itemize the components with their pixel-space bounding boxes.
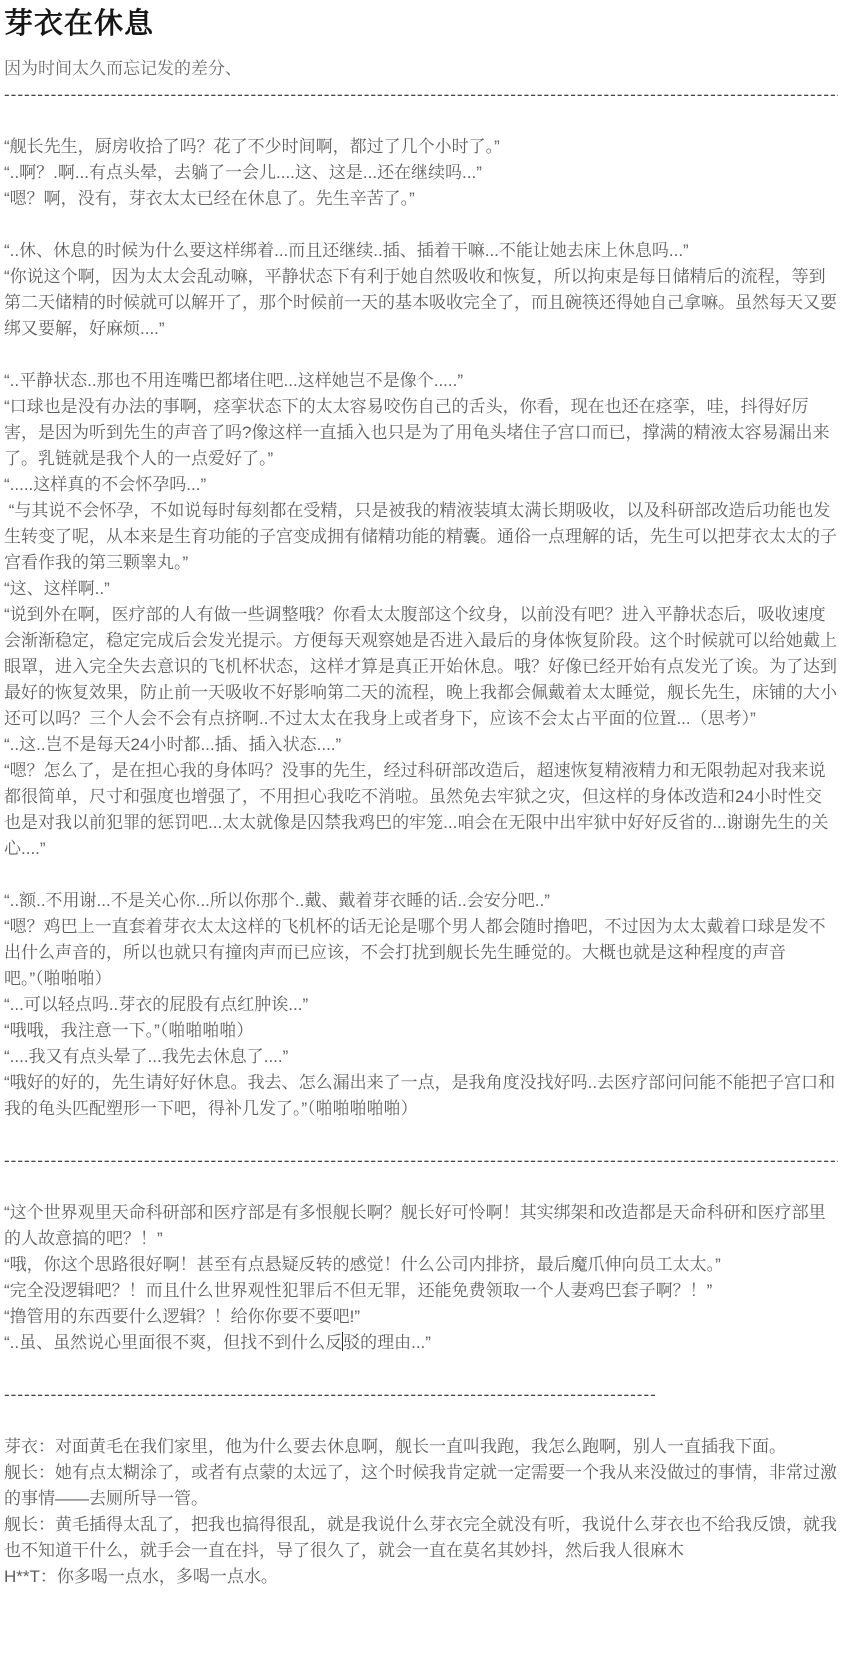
page: { "page": { "title": "芽衣在休息", "subtitle"… [0, 0, 846, 1614]
text-block: “..额..不用谢...不是关心你...所以你那个..戴、戴着芽衣睡的话..会安… [4, 888, 838, 1122]
text-line: “与其说不会怀孕，不如说每时每刻都在受精，只是被我的精液装填太满长期吸收，以及科… [4, 498, 838, 576]
text-block: “舰长先生，厨房收拾了吗？花了不少时间啊，都过了几个小时了。”“..啊？.啊..… [4, 134, 838, 212]
text-block: “..休、休息的时候为什么要这样绑着...而且还继续..插、插着干嘛...不能让… [4, 238, 838, 342]
text-line: “..这..岂不是每天24小时都...插、插入状态....” [4, 732, 838, 758]
text-line: “...可以轻点吗..芽衣的屁股有点红肿诶...” [4, 992, 838, 1018]
text-line: “嗯？怎么了，是在担心我的身体吗？没事的先生，经过科研部改造后，超速恢复精液精力… [4, 758, 838, 862]
text-line: H**T：你多喝一点水，多喝一点水。 [4, 1564, 838, 1590]
text-line: “..啊？.啊...有点头晕，去躺了一会儿....这、这是...还在继续吗...… [4, 160, 838, 186]
text-line: “舰长先生，厨房收拾了吗？花了不少时间啊，都过了几个小时了。” [4, 134, 838, 160]
text-line: “哦哦，我注意一下。”（啪啪啪啪） [4, 1018, 838, 1044]
page-title: 芽衣在休息 [4, 6, 838, 42]
text-line: “哦，你这个思路很好啊！甚至有点悬疑反转的感觉！什么公司内排挤，最后魔爪伸向员工… [4, 1252, 838, 1278]
text-after-cursor: 驳的理由...” [343, 1333, 431, 1352]
dashed-separator: ----------------------------------------… [4, 82, 838, 108]
text-line: “....我又有点头晕了...我先去休息了....” [4, 1044, 838, 1070]
text-before-cursor: “..虽、虽然说心里面很不爽，但找不到什么反 [4, 1333, 342, 1352]
text-line: “撸管用的东西要什么逻辑？！给你你要不要吧!” [4, 1304, 838, 1330]
text-line: “.....这样真的不会怀孕吗...” [4, 472, 838, 498]
text-line: “..平静状态..那也不用连嘴巴都堵住吧...这样她岂不是像个.....” [4, 368, 838, 394]
text-line: 舰长：她有点太糊涂了，或者有点蒙的太远了，这个时候我肯定就一定需要一个我从来没做… [4, 1460, 838, 1512]
text-line: “哦好的好的，先生请好好休息。我去、怎么漏出来了一点，是我角度没找好吗..去医疗… [4, 1070, 838, 1122]
text-line: “这、这样啊..” [4, 576, 838, 602]
text-line: “完全没逻辑吧？！而且什么世界观性犯罪后不但无罪，还能免费领取一个人妻鸡巴套子啊… [4, 1278, 838, 1304]
text-line: “这个世界观里天命科研部和医疗部是有多恨舰长啊？舰长好可怜啊！其实绑架和改造都是… [4, 1200, 838, 1252]
text-line: 舰长：黄毛插得太乱了，把我也搞得很乱，就是我说什么芽衣完全就没有听，我说什么芽衣… [4, 1512, 838, 1564]
text-line: “你说这个啊，因为太太会乱动嘛，平静状态下有利于她自然吸收和恢复，所以拘束是每日… [4, 264, 838, 342]
text-line: “..虽、虽然说心里面很不爽，但找不到什么反驳的理由...” [4, 1330, 838, 1356]
text-line: “嗯？鸡巴上一直套着芽衣太太这样的飞机杯的话无论是哪个男人都会随时撸吧，不过因为… [4, 914, 838, 992]
text-line: “..休、休息的时候为什么要这样绑着...而且还继续..插、插着干嘛...不能让… [4, 238, 838, 264]
dashed-separator: ----------------------------------------… [4, 1148, 838, 1174]
text-line: “口球也是没有办法的事啊，痉挛状态下的太太容易咬伤自己的舌头，你看，现在也还在痉… [4, 394, 838, 472]
text-block: 芽衣：对面黄毛在我们家里，他为什么要去休息啊，舰长一直叫我跑，我怎么跑啊，别人一… [4, 1434, 838, 1590]
text-line: 芽衣：对面黄毛在我们家里，他为什么要去休息啊，舰长一直叫我跑，我怎么跑啊，别人一… [4, 1434, 838, 1460]
text-block: “这个世界观里天命科研部和医疗部是有多恨舰长啊？舰长好可怜啊！其实绑架和改造都是… [4, 1200, 838, 1356]
text-line: “嗯？啊，没有，芽衣太太已经在休息了。先生辛苦了。” [4, 186, 838, 212]
text-line: “..额..不用谢...不是关心你...所以你那个..戴、戴着芽衣睡的话..会安… [4, 888, 838, 914]
page-subtitle: 因为时间太久而忘记发的差分、 [4, 56, 838, 82]
document: 芽衣在休息 因为时间太久而忘记发的差分、 -------------------… [0, 0, 846, 1614]
document-content: ----------------------------------------… [4, 82, 838, 1590]
text-line: “说到外在啊，医疗部的人有做一些调整哦？你看太太腹部这个纹身，以前没有吧？进入平… [4, 602, 838, 732]
dashed-separator: ----------------------------------------… [4, 1382, 656, 1408]
text-block: “..平静状态..那也不用连嘴巴都堵住吧...这样她岂不是像个.....”“口球… [4, 368, 838, 862]
